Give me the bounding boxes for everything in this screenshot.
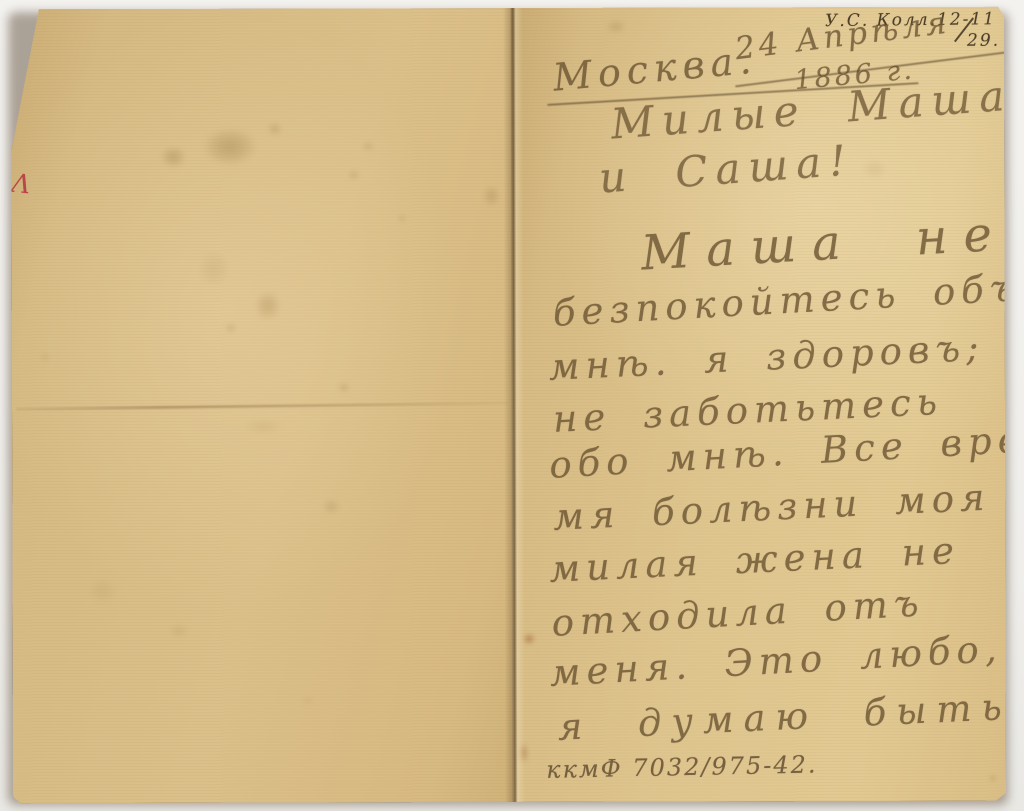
stain-spot: [243, 419, 283, 435]
stain-spot: [255, 291, 281, 321]
stain-spot: [169, 623, 189, 639]
stain-spot: [40, 353, 50, 361]
stain-spot: [398, 214, 407, 222]
stain-spot: [225, 323, 237, 333]
archival-mark-sub: 29.: [967, 31, 1000, 51]
stain-spot: [160, 146, 186, 168]
fold-crease-horizontal-left: [16, 402, 508, 411]
stain-spot: [362, 141, 374, 151]
inventory-mark: ккмФ 7032/975-42.: [546, 750, 818, 783]
stain-spot: [338, 382, 350, 392]
stain-spot: [989, 775, 997, 782]
stain-spot: [198, 251, 230, 287]
stain-spot: [267, 123, 282, 136]
stain-spot: [322, 498, 340, 514]
stain-spot: [301, 696, 315, 706]
stain-spot: [202, 128, 257, 166]
stain-spot: [861, 159, 887, 179]
letter-scan: Λ У.С. Колл.12-11 29. 24 Апрѣля 1886 г. …: [0, 0, 1024, 811]
red-edge-mark: Λ: [10, 169, 26, 204]
letter-sheet: Λ У.С. Колл.12-11 29. 24 Апрѣля 1886 г. …: [11, 7, 1006, 804]
center-fold-crease: [503, 8, 525, 802]
stain-spot: [482, 185, 500, 207]
stain-spot: [347, 169, 360, 180]
page-left-blank: Λ: [11, 8, 513, 803]
stain-spot: [606, 20, 626, 34]
stain-spot: [88, 579, 116, 603]
fold-crease-horizontal-right: [1018, 411, 1024, 420]
